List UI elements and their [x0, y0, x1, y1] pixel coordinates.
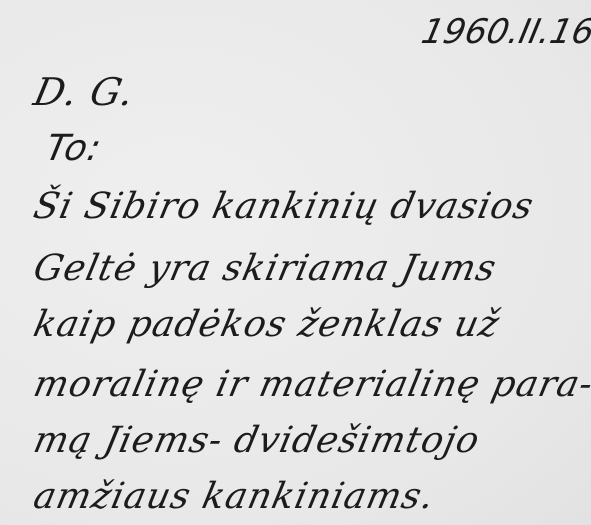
- initials-text: D. G.: [30, 70, 139, 114]
- addressee-text: To:: [42, 128, 105, 169]
- body-line-2: Geltė yra skiriama Jums: [30, 248, 500, 289]
- body-line-6: amžiaus kankiniams.: [30, 476, 438, 517]
- handwritten-page: 1960.II.16 D. G. To: Ši Sibiro kankinių …: [0, 0, 591, 525]
- date-text: 1960.II.16: [418, 12, 591, 52]
- body-line-5: mą Jiems- dvidešimtojo: [30, 420, 484, 461]
- body-line-1: Ši Sibiro kankinių dvasios: [30, 186, 537, 227]
- body-line-4: moralinę ir materialinę para-: [30, 364, 591, 405]
- body-line-3: kaip padėkos ženklas už: [30, 304, 504, 345]
